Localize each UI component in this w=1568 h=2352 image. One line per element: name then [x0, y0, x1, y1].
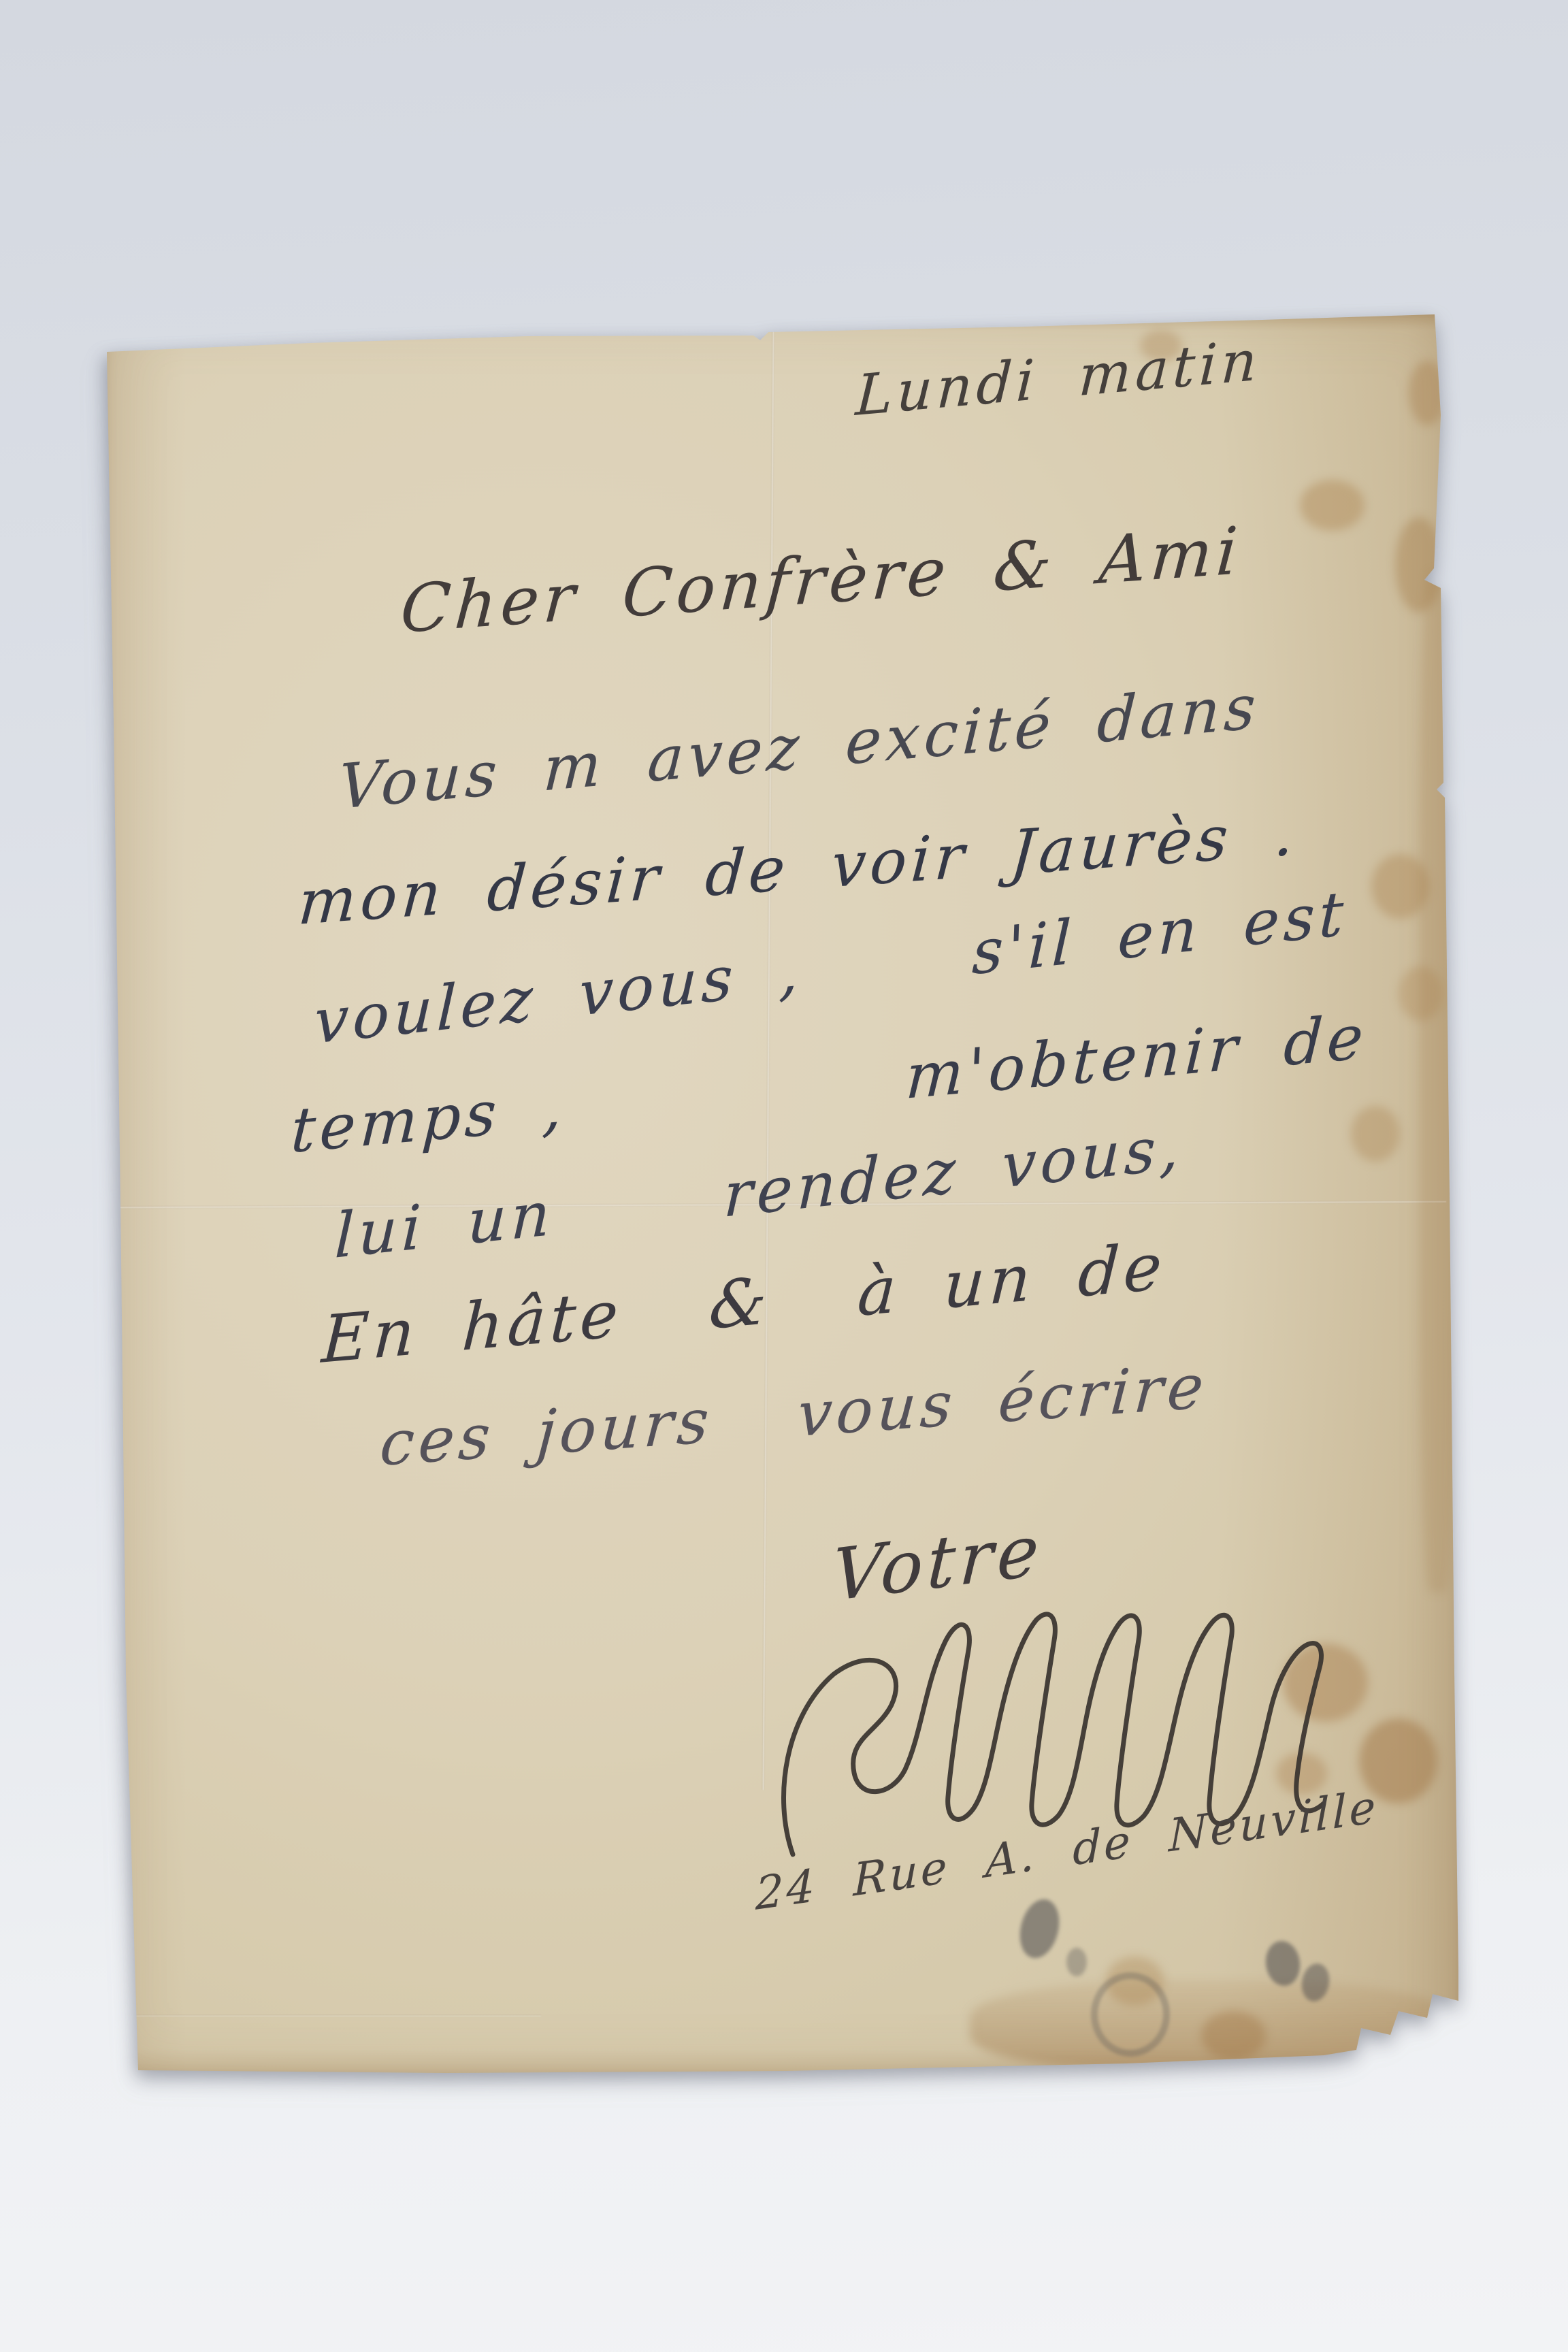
- foxing-stain: [1300, 480, 1365, 531]
- stamp-ghost: [1091, 1972, 1170, 2057]
- foxing-stain-right-band: [1419, 572, 1456, 1592]
- foxing-stain: [1351, 1106, 1400, 1162]
- letter-paper-wrap: Lundi matin Cher Confrère & Ami Vous m a…: [105, 313, 1460, 2076]
- foxing-stain: [1409, 361, 1446, 425]
- letter-paper: Lundi matin Cher Confrère & Ami Vous m a…: [105, 313, 1460, 2076]
- ink-smudge: [1066, 1948, 1087, 1976]
- foxing-stain-bottom-band: [970, 1980, 1453, 2072]
- fold-crease-bottom: [105, 2014, 541, 2016]
- photo-of-letter: { "photo": { "backdrop_color_top": "#d4d…: [0, 0, 1568, 2352]
